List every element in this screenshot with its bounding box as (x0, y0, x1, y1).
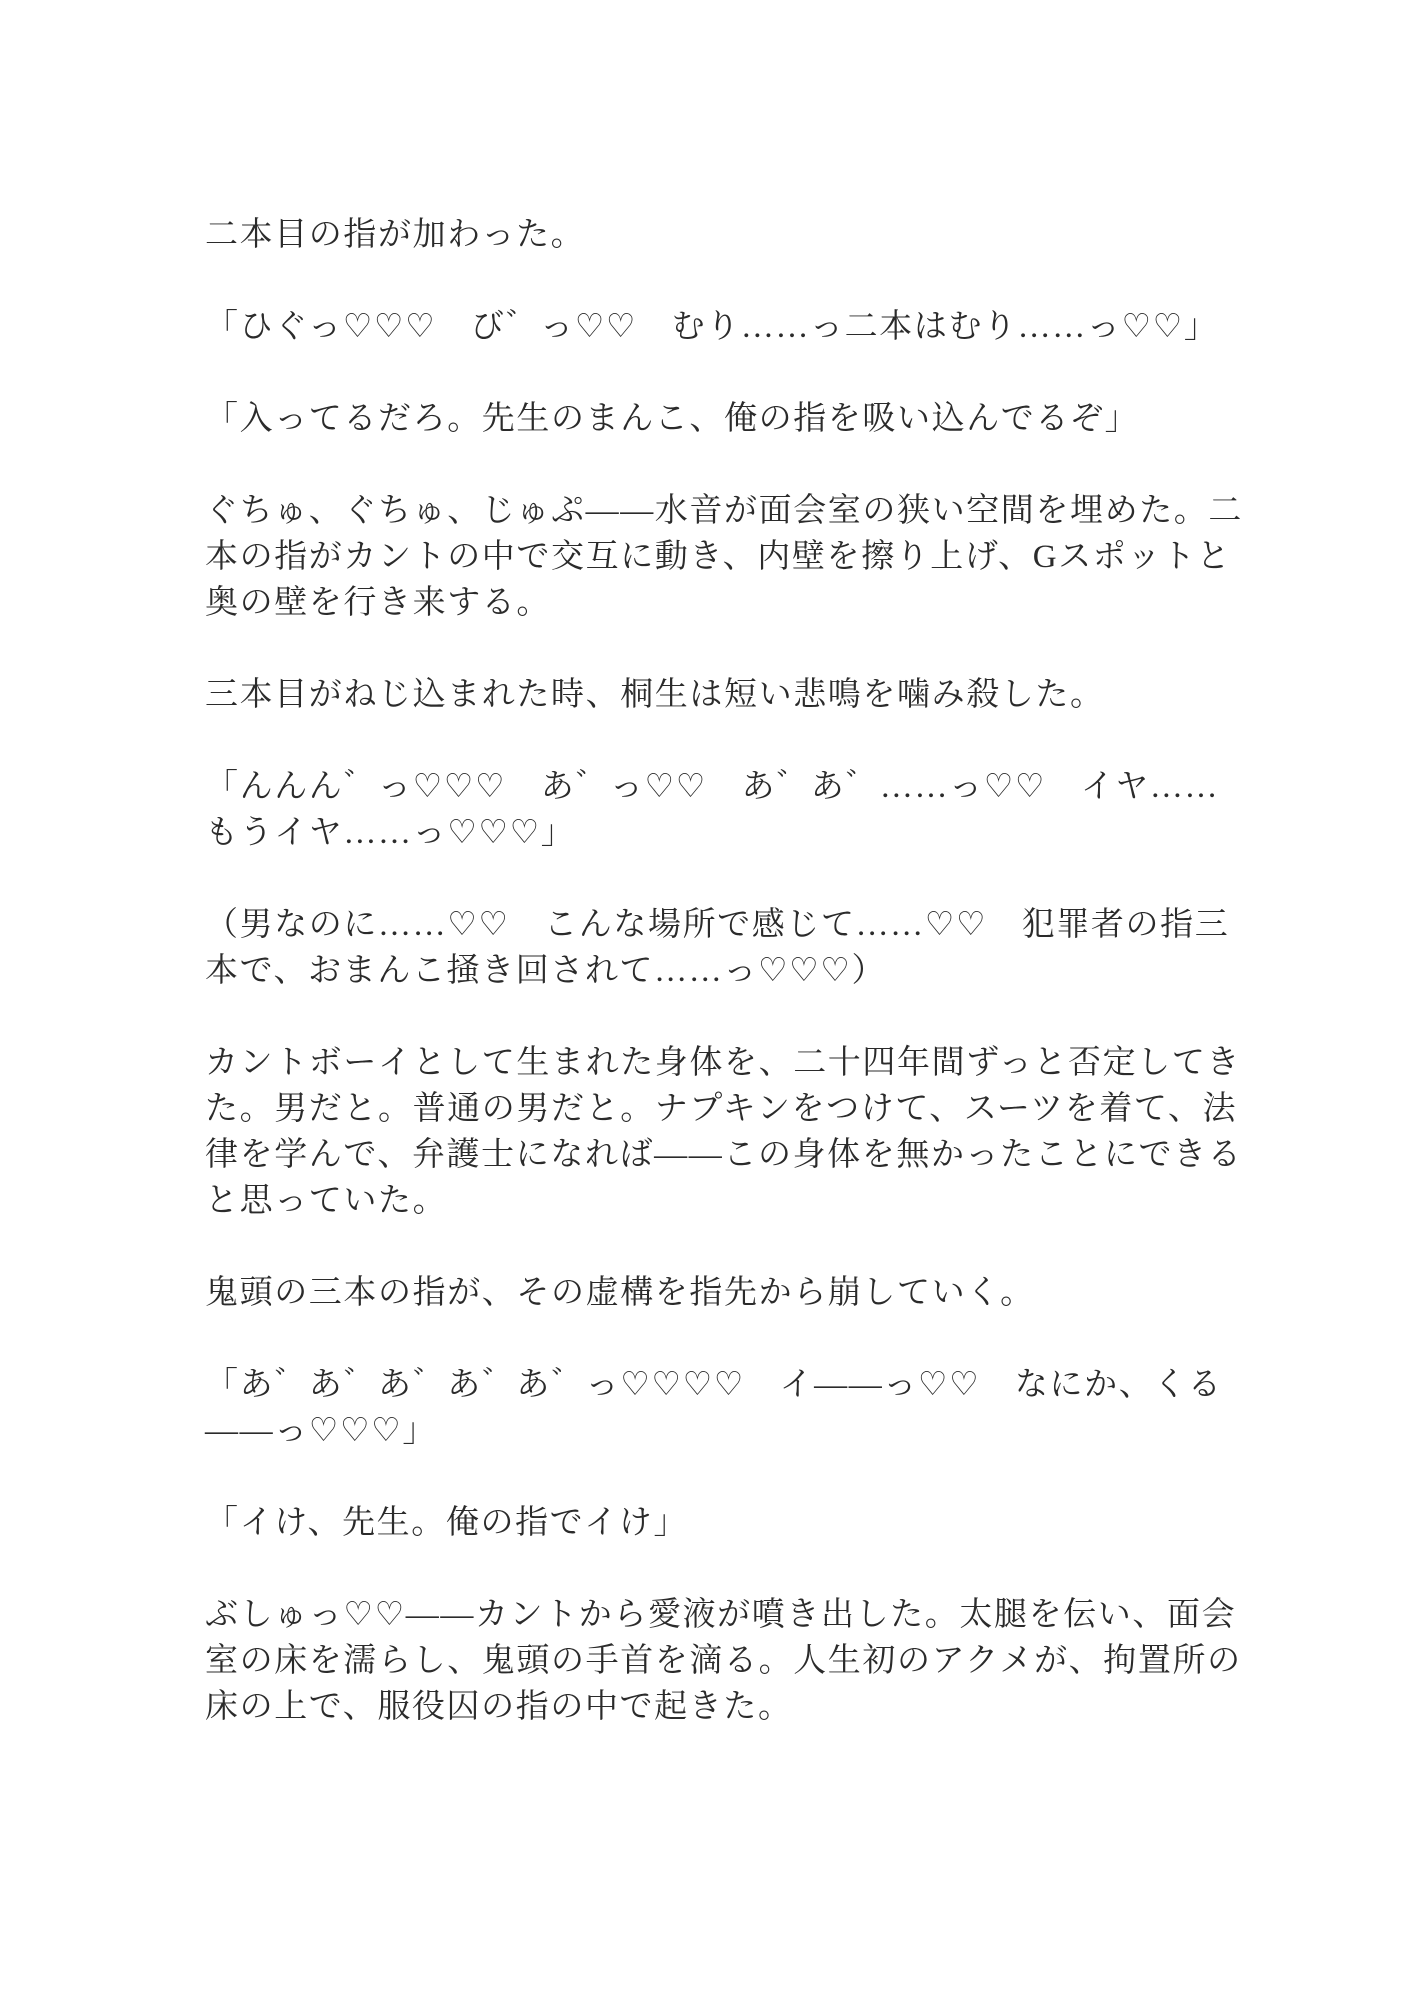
paragraph-2: 「ひぐっ♡♡♡ び゛っ♡♡ むり……っ二本はむり……っ♡♡」 (205, 304, 1325, 350)
paragraph-9: 鬼頭の三本の指が、その虚構を指先から崩していく。 (205, 1270, 1325, 1316)
paragraph-7: （男なのに……♡♡ こんな場所で感じて……♡♡ 犯罪者の指三 本で、おまんこ掻き… (205, 902, 1325, 994)
paragraph-11: 「イけ、先生。俺の指でイけ」 (205, 1500, 1325, 1546)
paragraph-5: 三本目がねじ込まれた時、桐生は短い悲鳴を噛み殺した。 (205, 672, 1325, 718)
paragraph-6: 「んんん゛っ♡♡♡ あ゛っ♡♡ あ゛あ゛……っ♡♡ イヤ…… もうイヤ……っ♡♡… (205, 764, 1325, 856)
paragraph-3: 「入ってるだろ。先生のまんこ、俺の指を吸い込んでるぞ」 (205, 396, 1325, 442)
paragraph-1: 二本目の指が加わった。 (205, 212, 1325, 258)
document-page: 二本目の指が加わった。「ひぐっ♡♡♡ び゛っ♡♡ むり……っ二本はむり……っ♡♡… (0, 0, 1415, 2000)
text-block: 二本目の指が加わった。「ひぐっ♡♡♡ び゛っ♡♡ むり……っ二本はむり……っ♡♡… (205, 212, 1325, 1730)
paragraph-4: ぐちゅ、ぐちゅ、じゅぷ——水音が面会室の狭い空間を埋めた。二 本の指がカントの中… (205, 488, 1325, 626)
paragraph-12: ぶしゅっ♡♡——カントから愛液が噴き出した。太腿を伝い、面会 室の床を濡らし、鬼… (205, 1592, 1325, 1730)
paragraph-8: カントボーイとして生まれた身体を、二十四年間ずっと否定してき た。男だと。普通の… (205, 1040, 1325, 1224)
paragraph-10: 「あ゛あ゛あ゛あ゛あ゛っ♡♡♡♡ イ——っ♡♡ なにか、くる ——っ♡♡♡」 (205, 1362, 1325, 1454)
